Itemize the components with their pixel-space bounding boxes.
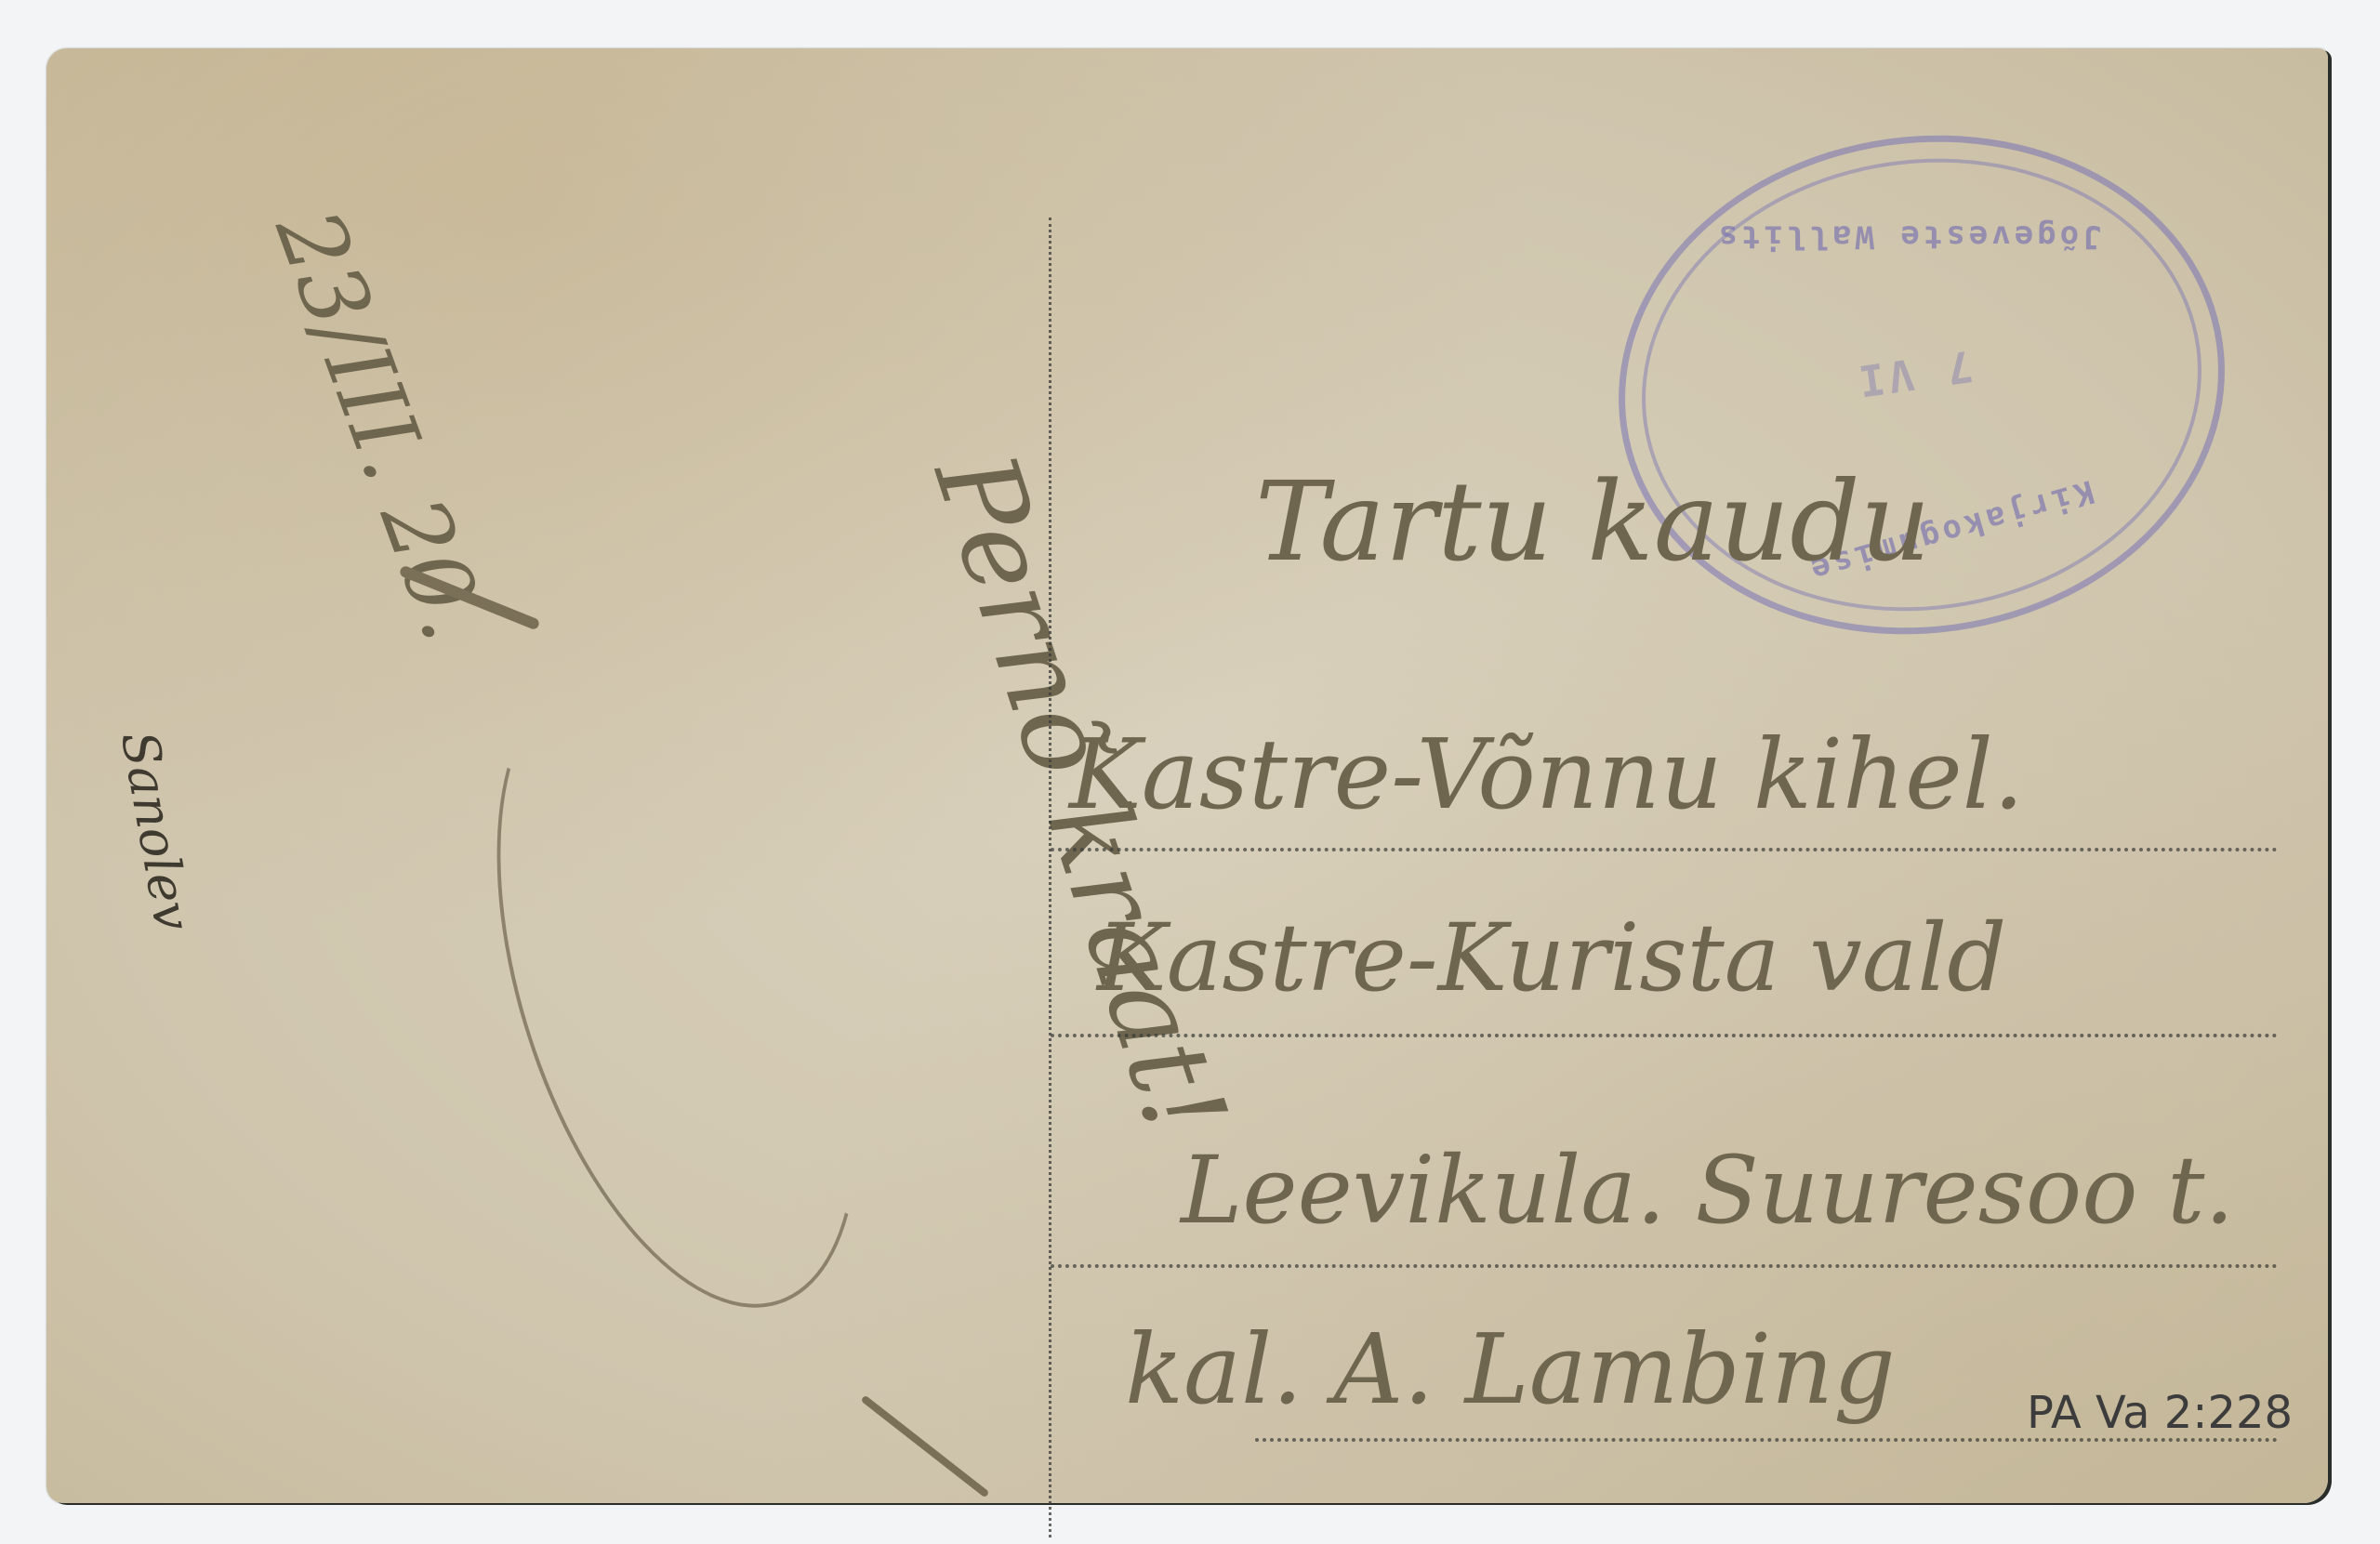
card-divider [1049,218,1051,1537]
archive-mark: PA Va 2:228 [2027,1387,2293,1439]
pen-stroke [861,1395,990,1498]
side-note: Sanolev [110,727,203,935]
address-rule [1051,1034,2278,1037]
pen-loop [427,629,929,1353]
address-line-5: kal. A. Lambing [1125,1313,1896,1426]
address-line-3: Kastre-Kurista vald [1097,904,2006,1012]
stamp-center-text: 7 VI [1852,340,1976,406]
date-note: 23/III. 20. [256,197,507,653]
address-line-2: Kastre-Võnnu kihel. [1069,718,2024,831]
address-rule [1051,848,2278,851]
address-rule [1051,1264,2278,1268]
stamp-top-text: Jõgeveste Wallits [1715,218,2102,255]
address-line-1: Tartu kaudu [1255,457,1931,586]
postmark-stamp: Jõgeveste Wallits 7 VI Kirjakogumise [1586,97,2257,673]
address-line-4: Leevikula. Suuresoo t. [1181,1136,2234,1245]
postcard: 23/III. 20. Sanolev Pernõ kraat! Jõgeves… [46,48,2328,1503]
